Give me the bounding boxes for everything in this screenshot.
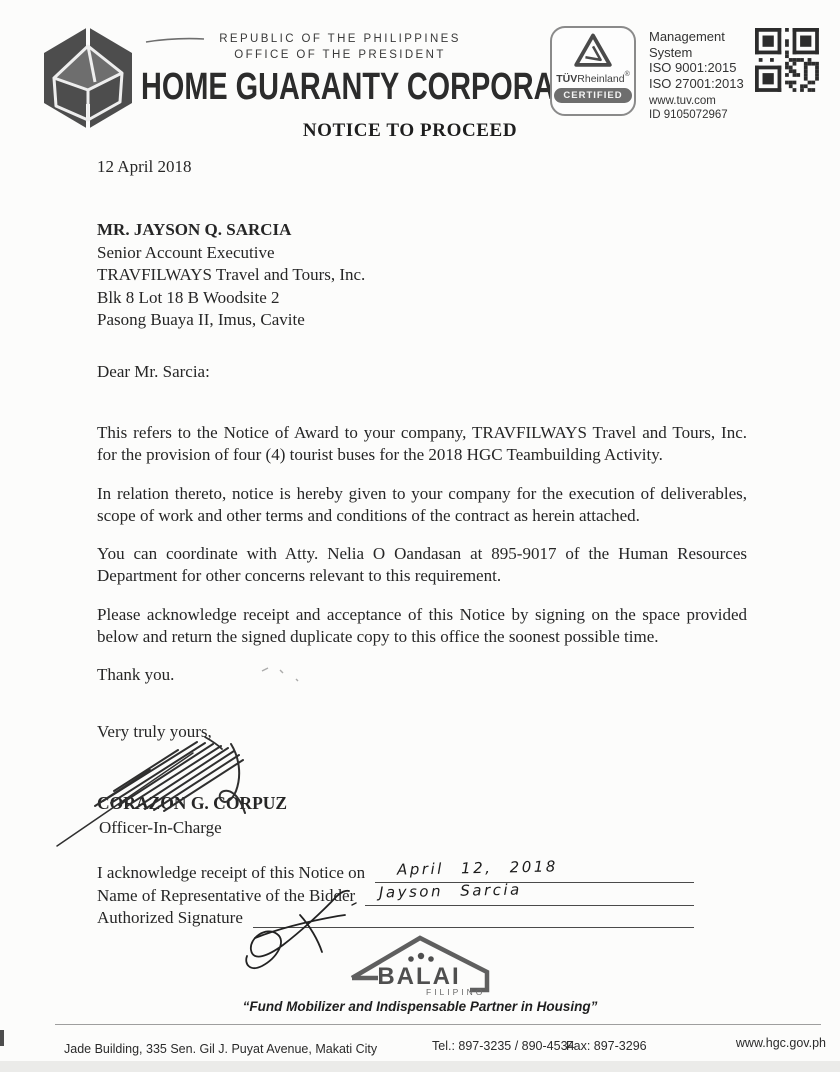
letter-date: 12 April 2018 xyxy=(97,156,191,179)
tuv-triangle-icon xyxy=(572,32,614,70)
letter-line: Please acknowledge receipt and acceptanc… xyxy=(97,604,747,626)
recipient-name: MR. JAYSON Q. SARCIA xyxy=(97,219,365,242)
recipient-address2: Pasong Buaya II, Imus, Cavite xyxy=(97,309,365,332)
recipient-company: TRAVFILWAYS Travel and Tours, Inc. xyxy=(97,264,365,287)
handwritten-date: April 12, 2018 xyxy=(397,858,558,879)
footer-website: www.hgc.gov.ph xyxy=(736,1036,826,1050)
ack-date-label: I acknowledge receipt of this Notice on xyxy=(97,863,365,883)
hgc-logo-icon xyxy=(38,26,138,130)
acknowledgment-block: I acknowledge receipt of this Notice on … xyxy=(97,861,694,928)
letter-paragraph: You can coordinate with Atty. Nelia O Oa… xyxy=(97,543,747,587)
ack-representative-label: Name of Representative of the Bidder xyxy=(97,886,355,906)
recipient-block: MR. JAYSON Q. SARCIA Senior Account Exec… xyxy=(97,219,365,332)
tuv-brand: TÜVRheinland® xyxy=(556,71,629,85)
footer-rule xyxy=(55,1024,821,1025)
footer-fax: Fax: 897-3296 xyxy=(566,1039,647,1053)
closing-line: Very truly yours, xyxy=(97,721,212,744)
thanks-line: Thank you. xyxy=(97,664,174,687)
scan-speckles xyxy=(262,668,298,681)
tagline: “Fund Mobilizer and Indispensable Partne… xyxy=(0,999,840,1014)
tuv-url-id: www.tuv.com ID 9105072967 xyxy=(649,94,728,122)
qr-code-icon xyxy=(755,28,819,92)
recipient-address1: Blk 8 Lot 18 B Woodsite 2 xyxy=(97,287,365,310)
letter-body: This refers to the Notice of Award to yo… xyxy=(97,422,747,664)
footer-address: Jade Building, 335 Sen. Gil J. Puyat Ave… xyxy=(64,1042,377,1056)
ack-signature-line xyxy=(253,908,694,928)
letter-line: You can coordinate with Atty. Nelia O Oa… xyxy=(97,543,747,565)
republic-line: REPUBLIC OF THE PHILIPPINES xyxy=(130,33,550,45)
letter-line: In relation thereto, notice is hereby gi… xyxy=(97,483,747,505)
ack-representative-line: Jayson Sarcia xyxy=(365,886,694,906)
letter-paragraph: Please acknowledge receipt and acceptanc… xyxy=(97,604,747,648)
letter-line: This refers to the Notice of Award to yo… xyxy=(97,422,747,444)
ack-row-representative: Name of Representative of the Bidder Jay… xyxy=(97,883,694,905)
signer-title: Officer-In-Charge xyxy=(99,817,222,840)
balai-name: BALAI xyxy=(377,963,460,990)
ack-row-date: I acknowledge receipt of this Notice on … xyxy=(97,861,694,883)
scan-artifact xyxy=(0,1030,4,1046)
ack-row-signature: Authorized Signature xyxy=(97,906,694,928)
certified-label: CERTIFIED xyxy=(554,88,631,103)
tuv-url: www.tuv.com xyxy=(649,94,728,108)
recipient-title: Senior Account Executive xyxy=(97,242,365,265)
registered-mark: ® xyxy=(625,71,630,78)
signer-name: CORAZON G. CORPUZ xyxy=(97,793,287,814)
document-title: NOTICE TO PROCEED xyxy=(0,120,820,142)
scanned-letter-page: REPUBLIC OF THE PHILIPPINES OFFICE OF TH… xyxy=(0,0,840,1072)
office-line: OFFICE OF THE PRESIDENT xyxy=(130,49,550,61)
balai-logo-icon: BALAI FILIPINO xyxy=(348,932,498,1000)
footer-tel: Tel.: 897-3235 / 890-4534 xyxy=(432,1039,574,1053)
letter-paragraph: In relation thereto, notice is hereby gi… xyxy=(97,483,747,527)
handwritten-representative-name: Jayson Sarcia xyxy=(379,880,522,901)
letter-line: below and return the signed duplicate co… xyxy=(97,626,747,648)
ack-date-line: April 12, 2018 xyxy=(375,863,694,883)
letter-line: Department for other concerns relevant t… xyxy=(97,565,747,587)
management-system-text: Management System ISO 9001:2015 ISO 2700… xyxy=(649,29,744,91)
tuv-certified-badge: TÜVRheinland® CERTIFIED xyxy=(550,26,636,116)
salutation: Dear Mr. Sarcia: xyxy=(97,361,210,384)
scan-edge-strip xyxy=(0,1061,840,1072)
ack-signature-label: Authorized Signature xyxy=(97,908,243,928)
letter-paragraph: This refers to the Notice of Award to yo… xyxy=(97,422,747,466)
balai-sub: FILIPINO xyxy=(426,987,485,997)
letter-line: scope of work and other terms and condit… xyxy=(97,505,747,527)
letter-line: for the provision of four (4) tourist bu… xyxy=(97,444,747,466)
